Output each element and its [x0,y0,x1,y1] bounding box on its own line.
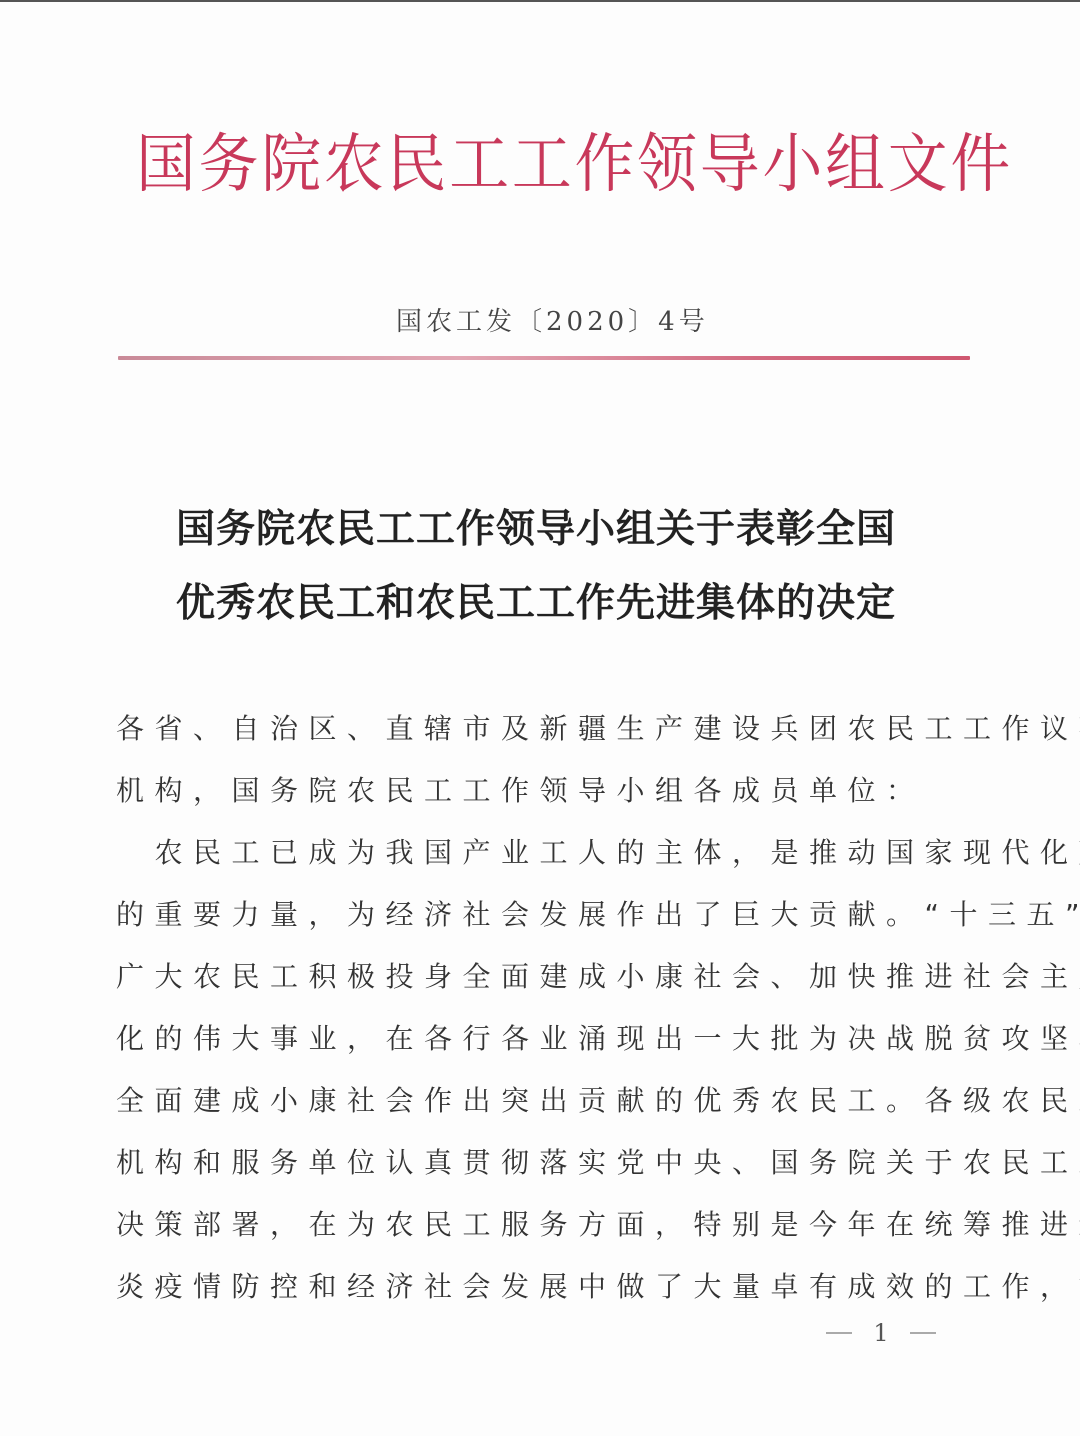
red-divider-rule [118,356,970,360]
document-number: 国农工发〔2020〕4号 [396,302,709,342]
decision-title: 国务院农民工工作领导小组关于表彰全国 优秀农民工和农民工工作先进集体的决定 [176,492,936,640]
document-page: 国务院农民工工作领导小组文件 国农工发〔2020〕4号 国务院农民工工作领导小组… [0,2,1080,1436]
page-number-value: 1 [873,1319,888,1347]
body-line: 炎疫情防控和经济社会发展中做了大量卓有成效的工作，涌现出 [116,1256,976,1318]
document-body: 各省、自治区、直辖市及新疆生产建设兵团农民工工作议事协调 机构，国务院农民工工作… [116,698,976,1318]
body-line: 广大农民工积极投身全面建成小康社会、加快推进社会主义现代 [116,946,976,1008]
body-line: 的重要力量，为经济社会发展作出了巨大贡献。“十三五”期间， [116,884,976,946]
decision-title-line: 国务院农民工工作领导小组关于表彰全国 [176,492,936,566]
page-number-dash-left [826,1332,852,1334]
body-line: 机构和服务单位认真贯彻落实党中央、国务院关于农民工工作的 [116,1132,976,1194]
body-line-addressees: 机构，国务院农民工工作领导小组各成员单位： [116,760,976,822]
decision-title-line: 优秀农民工和农民工工作先进集体的决定 [176,566,936,640]
page-number-dash-right [910,1332,936,1334]
body-line: 决策部署，在为农民工服务方面，特别是今年在统筹推进新冠肺 [116,1194,976,1256]
body-line-addressees: 各省、自治区、直辖市及新疆生产建设兵团农民工工作议事协调 [116,698,976,760]
red-header-title: 国务院农民工工作领导小组文件 [136,120,903,210]
body-line: 农民工已成为我国产业工人的主体，是推动国家现代化建设 [116,822,976,884]
body-line: 化的伟大事业，在各行各业涌现出一大批为决战脱贫攻坚、决胜 [116,1008,976,1070]
page-number: 1 [826,1316,936,1350]
body-line: 全面建成小康社会作出突出贡献的优秀农民工。各级农民工工作 [116,1070,976,1132]
